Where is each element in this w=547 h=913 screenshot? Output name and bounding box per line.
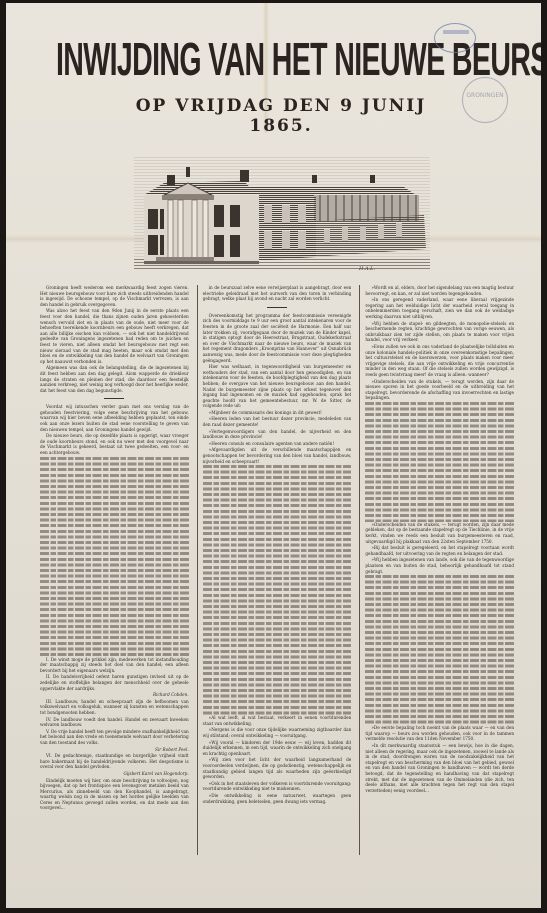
speech-line: »Onderscheiden van de stukels, — terugt … — [365, 379, 514, 401]
thesis-item: II. De handelsvrijheid oefent haren guns… — [40, 674, 189, 691]
speech-line: »Heeren consuls en consulaire agenten va… — [203, 441, 352, 447]
engraver-mark: H.A.L. — [359, 266, 375, 272]
library-stamp-icon — [434, 23, 476, 53]
speech-line: »Wij zien voor het licht der waarheid la… — [203, 757, 352, 779]
speech-line: »Al wat leeft, al wat bestaat, verkeert … — [203, 715, 352, 726]
speech-line: »Vertegenwoordigers van den handel, de n… — [203, 429, 352, 440]
paragraph: Overeenkomstig het programma der feestco… — [203, 313, 352, 363]
speech-line: »Wij vooral — kinderen der 19de eeuw — w… — [203, 740, 352, 757]
thesis-item: I. De winst moge de prikkel zijn; medewe… — [40, 657, 189, 674]
paragraph: Algemeen was dan ook de belangstelling, … — [40, 365, 189, 393]
speech-line: »Wordt en al, elders, door het sigendela… — [365, 285, 514, 296]
document-subtitle: OP VRIJDAG DEN 9 JUNIJ 1865. — [116, 96, 446, 136]
section-divider — [104, 398, 124, 399]
speech-line: »Onderscheiden van de stukels, — terugt … — [365, 522, 514, 544]
body-text-block — [203, 465, 352, 715]
speech-line: »Bij dat besluit is geregeleerd, en het … — [365, 545, 514, 556]
article-column-3: »Wordt en al, elders, door het sigendela… — [359, 285, 514, 855]
article-column-2: in de beurszaal zelve eene verwijzerplaa… — [197, 285, 352, 855]
paragraph: Was alzoo het feest van den 9den Junij i… — [40, 308, 189, 364]
building-illustration-icon — [134, 157, 430, 269]
body-text-block — [365, 575, 514, 725]
body-text-block — [40, 457, 189, 657]
speech-line: »Heeren leden van het bestuur dezer prov… — [203, 416, 352, 427]
thesis-item: III. Landbouw, handel en scheepvaart zij… — [40, 699, 189, 716]
article-column-1: Groningen heeft wederom een merkwaardig … — [40, 285, 189, 847]
speech-line: »In dit merkwaardig staatsstuk — een bew… — [365, 743, 514, 793]
thesis-author: Richard Cobden. — [40, 692, 189, 698]
speech-line: »Nergens is die voor onze tijdelijke waa… — [203, 727, 352, 738]
speech-line: »Afgevaardigden uit de verschillende maa… — [203, 447, 352, 464]
paragraph: in de beurszaal zelve eene verwijzerplaa… — [203, 285, 352, 302]
speech-line: »De eerste bepaling toch noemt van de pl… — [365, 725, 514, 742]
thesis-author: Gijsbert Karel van Hogendorp. — [40, 771, 189, 777]
speech-line: »Wij hebben ingezetenen van lande, ook d… — [365, 557, 514, 574]
thesis-item: V. De vrije handel heeft ten gevolge min… — [40, 729, 189, 746]
paragraph: Hier was welhaast, in tegenwoordigheid v… — [203, 364, 352, 409]
article-columns: Groningen heeft wederom een merkwaardig … — [40, 285, 514, 855]
paragraph: Voordat wij intusschen verder gaan met o… — [40, 404, 189, 432]
groningen-stamp-icon: GRONINGEN — [462, 77, 508, 123]
paragraph: Eindelijk moeten wij hier, om onze besch… — [40, 778, 189, 812]
speech-line: »Mijnheer de commissaris des konings in … — [203, 410, 352, 416]
body-text-block — [365, 402, 514, 522]
document-sheet: INWIJDING VAN HET NIEUWE BEURSGEBOUW, OP… — [6, 3, 541, 908]
speech-line: »In ons geregend vaderland, waar eene li… — [365, 297, 514, 319]
thesis-item: VI. De gedachtenige, staatkundige en bur… — [40, 753, 189, 770]
document-title: INWIJDING VAN HET NIEUWE BEURSGEBOUW, — [56, 33, 490, 85]
speech-line: »Eens zullen we ook in ons vaderland de … — [365, 344, 514, 378]
thesis-item: IV. De landbouw voedt den handel. Handel… — [40, 717, 189, 728]
thesis-author: Sir Robert Peel. — [40, 747, 189, 753]
speech-line: »Die ontwikkeling is eene natuurwet, waa… — [203, 793, 352, 804]
paragraph: Groningen heeft wederom een merkwaardig … — [40, 285, 189, 307]
speech-line: »Ook in het staatsleven der volkeren is … — [203, 781, 352, 792]
section-divider — [267, 307, 287, 308]
speech-line: »Wij hebben de stapel- en gildeegten, de… — [365, 321, 514, 343]
stamp-label: GRONINGEN — [463, 92, 507, 99]
paragraph: De nieuwe beurs, die op dezelfde plaats … — [40, 433, 189, 455]
beursgebouw-engraving — [134, 157, 430, 269]
